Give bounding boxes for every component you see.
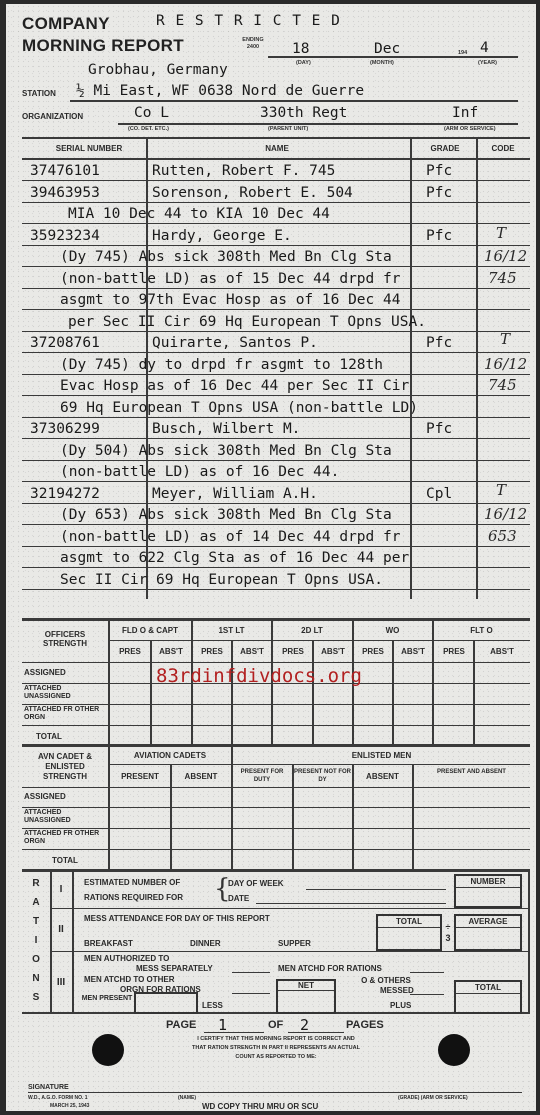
table-row: (Dy 504) Abs sick 308th Med Bn Clg Sta bbox=[6, 441, 536, 462]
entry-text: Busch, Wilbert M. bbox=[152, 421, 300, 437]
table-row: Sec II Cir 69 Hq European T Opns USA. bbox=[6, 570, 536, 591]
entry-text: 69 Hq European T Opns USA (non-battle LD… bbox=[60, 400, 418, 416]
organization-label: ORGANIZATION bbox=[22, 112, 83, 121]
col-present-for-duty: PRESENT FOR DUTY bbox=[233, 768, 291, 784]
serial-number: 37306299 bbox=[30, 421, 100, 437]
serial-number: 35923234 bbox=[30, 228, 100, 244]
plus-label: PLUS bbox=[390, 1001, 411, 1010]
serial-number: 39463953 bbox=[30, 185, 100, 201]
watermark: 83rdinfdivdocs.org bbox=[156, 665, 362, 687]
enlisted-row-attached-unassigned: ATTACHED UNASSIGNED bbox=[24, 809, 104, 825]
officers-group-wo: WO bbox=[354, 626, 431, 635]
code: T bbox=[496, 481, 506, 499]
table-row: (Dy 745) Abs sick 308th Med Bn Clg Sta 1… bbox=[6, 247, 536, 268]
form-number: W.D., A.G.O. FORM NO. 1 bbox=[28, 1095, 88, 1101]
men-atchd-other-label: MEN ATCHD TO OTHER bbox=[84, 975, 175, 984]
certify-line-3: COUNT AS REPORTED TO ME: bbox=[146, 1054, 406, 1060]
signature-line[interactable] bbox=[28, 1092, 522, 1093]
enlisted-row-total: TOTAL bbox=[52, 856, 78, 865]
copy-note: WD COPY THRU MRU OR SCU bbox=[202, 1102, 318, 1111]
table-row: MIA 10 Dec 44 to KIA 10 Dec 44 bbox=[6, 204, 536, 225]
col-pres: PRES bbox=[192, 647, 232, 656]
station-line-2: ½ Mi East, WF 0638 Nord de Guerre bbox=[76, 83, 364, 99]
report-month: Dec bbox=[374, 41, 400, 57]
col-enlisted-absent: ABSENT bbox=[354, 772, 411, 781]
grade: Pfc bbox=[426, 335, 452, 351]
grade: Pfc bbox=[426, 228, 452, 244]
officers-row-assigned: ASSIGNED bbox=[24, 668, 66, 677]
grade: Pfc bbox=[426, 185, 452, 201]
total-pages: 2 bbox=[300, 1016, 309, 1034]
col-abst: ABS'T bbox=[474, 647, 530, 656]
supper-label: SUPPER bbox=[278, 939, 311, 948]
table-row: 35923234 Hardy, George E. Pfc T bbox=[6, 226, 536, 247]
table-row: 69 Hq European T Opns USA (non-battle LD… bbox=[6, 398, 536, 419]
entry-text: (Dy 504) Abs sick 308th Med Bn Clg Sta bbox=[60, 443, 392, 459]
col-grade: GRADE bbox=[414, 144, 476, 153]
table-row: 32194272 Meyer, William A.H. Cpl T bbox=[6, 484, 536, 505]
grade: Cpl bbox=[426, 486, 452, 502]
table-row: Evac Hosp as of 16 Dec 44 per Sec II Cir… bbox=[6, 376, 536, 397]
form-date: MARCH 25, 1943 bbox=[50, 1103, 89, 1109]
officers-row-total: TOTAL bbox=[36, 732, 62, 741]
estimated-rations-label: ESTIMATED NUMBER OF bbox=[84, 878, 180, 887]
report-day: 18 bbox=[292, 41, 309, 57]
mess-attendance-label: MESS ATTENDANCE FOR DAY OF THIS REPORT bbox=[84, 914, 270, 923]
entry-text: (non-battle LD) as of 16 Dec 44. bbox=[60, 464, 339, 480]
table-row: (non-battle LD) as of 15 Dec 44 drpd fr … bbox=[6, 269, 536, 290]
certify-line-1: I CERTIFY THAT THIS MORNING REPORT IS CO… bbox=[146, 1036, 406, 1042]
officers-row-attached-other: ATTACHED FR OTHER ORGN bbox=[24, 706, 104, 722]
men-authorized-label: MEN AUTHORIZED TO bbox=[84, 954, 169, 963]
col-code: CODE bbox=[478, 144, 528, 153]
code: 653 bbox=[488, 527, 517, 545]
entry-text: Meyer, William A.H. bbox=[152, 486, 318, 502]
messed-label: MESSED bbox=[380, 986, 414, 995]
enlisted-strength-title: AVN CADET & ENLISTED STRENGTH bbox=[24, 752, 106, 782]
table-row: (Dy 745) dy to drpd fr asgmt to 128th 16… bbox=[6, 355, 536, 376]
col-serial-number: SERIAL NUMBER bbox=[34, 144, 144, 153]
code: 16/12 bbox=[484, 355, 527, 373]
table-row: (non-battle LD) as of 14 Dec 44 drpd fr … bbox=[6, 527, 536, 548]
entry-text: (non-battle LD) as of 15 Dec 44 drpd fr bbox=[60, 271, 400, 287]
code: 745 bbox=[488, 376, 517, 394]
pages-label: PAGES bbox=[346, 1019, 384, 1031]
col-abst: ABS'T bbox=[151, 647, 191, 656]
number-label: NUMBER bbox=[456, 877, 520, 886]
day-caption: (DAY) bbox=[296, 60, 311, 66]
breakfast-label: BREAKFAST bbox=[84, 939, 133, 948]
entry-text: Sorenson, Robert E. 504 bbox=[152, 185, 353, 201]
rations-required-label: RATIONS REQUIRED FOR bbox=[84, 893, 183, 902]
entry-text: Hardy, George E. bbox=[152, 228, 292, 244]
of-label: OF bbox=[268, 1019, 283, 1031]
table-row: per Sec II Cir 69 Hq European T Opns USA… bbox=[6, 312, 536, 333]
table-row: 37476101 Rutten, Robert F. 745 Pfc bbox=[6, 161, 536, 182]
entry-text: asgmt to 97th Evac Hosp as of 16 Dec 44 bbox=[60, 292, 400, 308]
officers-row-attached-unassigned: ATTACHED UNASSIGNED bbox=[24, 685, 104, 701]
col-abst: ABS'T bbox=[313, 647, 353, 656]
year-prefix: 194 bbox=[458, 50, 467, 56]
col-present-not-for-duty: PRESENT NOT FOR DY bbox=[294, 768, 351, 784]
day-of-week-label: DAY OF WEEK bbox=[228, 879, 284, 888]
entry-text: asgmt to 622 Clg Sta as of 16 Dec 44 per bbox=[60, 550, 409, 566]
form-title-company: COMPANY bbox=[22, 14, 110, 34]
dinner-label: DINNER bbox=[190, 939, 221, 948]
entry-text: MIA 10 Dec 44 to KIA 10 Dec 44 bbox=[68, 206, 330, 222]
station-label: STATION bbox=[22, 89, 56, 98]
entry-text: Sec II Cir 69 Hq European T Opns USA. bbox=[60, 572, 383, 588]
parent-caption: (PARENT UNIT) bbox=[268, 126, 308, 132]
col-cadets-absent: ABSENT bbox=[172, 772, 230, 781]
col-abst: ABS'T bbox=[393, 647, 433, 656]
section-ii-number: II bbox=[52, 924, 70, 935]
entry-text: Quirarte, Santos P. bbox=[152, 335, 318, 351]
company-caption: (CO. DET. ETC.) bbox=[128, 126, 169, 132]
entry-text: (non-battle LD) as of 14 Dec 44 drpd fr bbox=[60, 529, 400, 545]
page-label: PAGE bbox=[166, 1019, 196, 1031]
divide-by-three: ÷ 3 bbox=[443, 922, 453, 944]
rations-side-label: RATIONS bbox=[26, 874, 46, 1007]
average-label: AVERAGE bbox=[456, 917, 520, 926]
entry-text: Evac Hosp as of 16 Dec 44 per Sec II Cir bbox=[60, 378, 409, 394]
morning-report-form: COMPANY R E S T R I C T E D MORNING REPO… bbox=[6, 4, 536, 1111]
table-row: asgmt to 622 Clg Sta as of 16 Dec 44 per bbox=[6, 548, 536, 569]
entry-text: (Dy 653) Abs sick 308th Med Bn Clg Sta bbox=[60, 507, 392, 523]
table-row: (Dy 653) Abs sick 308th Med Bn Clg Sta 1… bbox=[6, 505, 536, 526]
restricted-stamp: R E S T R I C T E D bbox=[156, 13, 341, 29]
organization-parent-unit: 330th Regt bbox=[260, 105, 347, 121]
col-pres: PRES bbox=[434, 647, 474, 656]
col-cadets-present: PRESENT bbox=[110, 772, 170, 781]
enlisted-row-assigned: ASSIGNED bbox=[24, 792, 66, 801]
men-atchd-for-rations-label: MEN ATCHD FOR RATIONS bbox=[278, 964, 382, 973]
name-caption: (NAME) bbox=[178, 1095, 196, 1101]
entry-text: Rutten, Robert F. 745 bbox=[152, 163, 335, 179]
table-row: (non-battle LD) as of 16 Dec 44. bbox=[6, 462, 536, 483]
date-label: DATE bbox=[228, 894, 249, 903]
code: T bbox=[500, 330, 510, 348]
col-abst: ABS'T bbox=[232, 647, 272, 656]
entry-text: (Dy 745) Abs sick 308th Med Bn Clg Sta bbox=[60, 249, 392, 265]
report-year: 4 bbox=[480, 40, 489, 56]
year-caption: (YEAR) bbox=[478, 60, 497, 66]
binder-hole-right bbox=[438, 1034, 470, 1066]
officers-group-flt-o: FLT O bbox=[434, 626, 529, 635]
men-present-box[interactable] bbox=[134, 992, 198, 1014]
table-row: 39463953 Sorenson, Robert E. 504 Pfc bbox=[6, 183, 536, 204]
code: 16/12 bbox=[484, 247, 527, 265]
group-enlisted-men: ENLISTED MEN bbox=[233, 751, 530, 760]
section-i-number: I bbox=[52, 884, 70, 895]
table-row: asgmt to 97th Evac Hosp as of 16 Dec 44 bbox=[6, 290, 536, 311]
code: 16/12 bbox=[484, 505, 527, 523]
group-aviation-cadets: AVIATION CADETS bbox=[110, 751, 230, 760]
organization-arm: Inf bbox=[452, 105, 478, 121]
officers-group-fld-capt: FLD O & CAPT bbox=[110, 626, 190, 635]
mess-separately-label: MESS SEPARATELY bbox=[136, 964, 213, 973]
net-label: NET bbox=[278, 981, 334, 990]
code: T bbox=[496, 224, 506, 242]
col-name: NAME bbox=[152, 144, 402, 153]
total-label: TOTAL bbox=[378, 917, 440, 926]
table-row: 37306299 Busch, Wilbert M. Pfc bbox=[6, 419, 536, 440]
table-row: 37208761 Quirarte, Santos P. Pfc T bbox=[6, 333, 536, 354]
grade: Pfc bbox=[426, 163, 452, 179]
certify-line-2: THAT RATION STRENGTH IN PART II REPRESEN… bbox=[146, 1045, 406, 1051]
serial-number: 37208761 bbox=[30, 335, 100, 351]
col-present-and-absent: PRESENT AND ABSENT bbox=[414, 768, 529, 776]
page-number: 1 bbox=[218, 1016, 227, 1034]
entry-text: per Sec II Cir 69 Hq European T Opns USA… bbox=[68, 314, 426, 330]
ending-label: ENDING 2400 bbox=[242, 37, 264, 51]
col-pres: PRES bbox=[110, 647, 150, 656]
station-line-1: Grobhau, Germany bbox=[88, 62, 228, 78]
col-pres: PRES bbox=[353, 647, 393, 656]
officers-group-1st-lt: 1ST LT bbox=[193, 626, 270, 635]
organization-company: Co L bbox=[134, 105, 169, 121]
entry-text: (Dy 745) dy to drpd fr asgmt to 128th bbox=[60, 357, 383, 373]
month-caption: (MONTH) bbox=[370, 60, 394, 66]
serial-number: 37476101 bbox=[30, 163, 100, 179]
section-iii-number: III bbox=[52, 977, 70, 988]
code: 745 bbox=[488, 269, 517, 287]
grade: Pfc bbox=[426, 421, 452, 437]
form-title-morning-report: MORNING REPORT bbox=[22, 36, 184, 56]
o-others-label: O & OTHERS bbox=[346, 976, 426, 985]
total-rations-label: TOTAL bbox=[456, 983, 520, 992]
enlisted-row-attached-other: ATTACHED FR OTHER ORGN bbox=[24, 830, 104, 846]
less-label: LESS bbox=[202, 1001, 223, 1010]
arm-caption: (ARM OR SERVICE) bbox=[444, 126, 496, 132]
grade-arm-caption: (GRADE) (ARM OR SERVICE) bbox=[398, 1095, 468, 1101]
serial-number: 32194272 bbox=[30, 486, 100, 502]
signature-label: SIGNATURE bbox=[28, 1084, 69, 1091]
officers-strength-title: OFFICERS STRENGTH bbox=[24, 630, 106, 648]
men-present-label: MEN PRESENT bbox=[80, 995, 134, 1003]
officers-group-2d-lt: 2D LT bbox=[273, 626, 351, 635]
col-pres: PRES bbox=[273, 647, 313, 656]
binder-hole-left bbox=[92, 1034, 124, 1066]
